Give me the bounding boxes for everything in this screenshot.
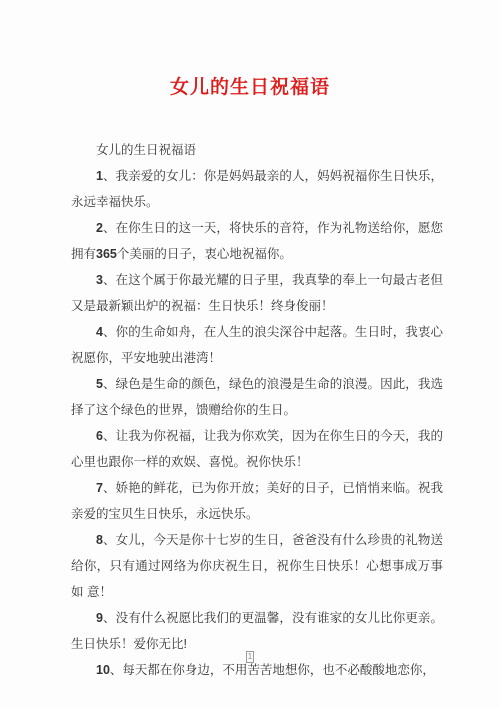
paragraph-number: 3 xyxy=(96,273,103,287)
paragraph-number: 8 xyxy=(96,533,103,547)
paragraph-number-separator: 、 xyxy=(103,611,116,625)
subtitle-text: 女儿的生日祝福语 xyxy=(96,143,196,157)
paragraph-number-separator: 、 xyxy=(103,533,116,547)
paragraph-number: 1 xyxy=(96,169,103,183)
paragraph-number: 2 xyxy=(96,221,103,235)
paragraph-text: 没有什么祝愿比我们的更温馨，没有谁家的女儿比你更亲。生日快乐！爱你无比! xyxy=(71,611,443,651)
document-subtitle: 女儿的生日祝福语 xyxy=(71,137,443,163)
paragraph-text: 我亲爱的女儿：你是妈妈最亲的人，妈妈祝福你生日快乐，永远幸福快乐。 xyxy=(71,169,443,209)
paragraph-number: 7 xyxy=(96,481,103,495)
paragraph-text: 让我为你祝福，让我为你欢笑，因为在你生日的今天，我的心里也跟你一样的欢娱、喜悦。… xyxy=(71,429,443,469)
page-title: 女儿的生日祝福语 xyxy=(0,0,500,99)
paragraph-text: 娇艳的鲜花，已为你开放；美好的日子，已悄悄来临。祝我亲爱的宝贝生日快乐，永远快乐… xyxy=(71,481,443,521)
paragraph-text: 绿色是生命的颜色，绿色的浪漫是生命的浪漫。因此，我选择了这个绿色的世界，馈赠给你… xyxy=(71,377,443,417)
paragraph-number: 4 xyxy=(96,325,103,339)
paragraph-number-separator: 、 xyxy=(103,429,116,443)
paragraph-number: 6 xyxy=(96,429,103,443)
paragraph-number-separator: 、 xyxy=(103,221,116,235)
paragraph: 4、你的生命如舟，在人生的浪尖深谷中起落。生日时，我衷心祝愿你，平安地驶出港湾！ xyxy=(71,319,443,371)
paragraph: 3、在这个属于你最光耀的日子里，我真挚的奉上一句最古老但又是最新颖出炉的祝福：生… xyxy=(71,267,443,319)
paragraph: 8、女儿，今天是你十七岁的生日，爸爸没有什么珍贵的礼物送给你，只有通过网络为你庆… xyxy=(71,527,443,605)
paragraph: 1、我亲爱的女儿：你是妈妈最亲的人，妈妈祝福你生日快乐，永远幸福快乐。 xyxy=(71,163,443,215)
paragraph-text: 你的生命如舟，在人生的浪尖深谷中起落。生日时，我衷心祝愿你，平安地驶出港湾！ xyxy=(71,325,443,365)
page-number-box: 1 xyxy=(246,651,254,663)
paragraph-text: 女儿，今天是你十七岁的生日，爸爸没有什么珍贵的礼物送给你，只有通过网络为你庆祝生… xyxy=(71,533,443,599)
paragraph: 5、绿色是生命的颜色，绿色的浪漫是生命的浪漫。因此，我选择了这个绿色的世界，馈赠… xyxy=(71,371,443,423)
paragraph-number: 9 xyxy=(96,611,103,625)
paragraph-number: 5 xyxy=(96,377,103,391)
page-indicator-row: 1 xyxy=(0,648,500,666)
paragraph-number-separator: 、 xyxy=(103,169,116,183)
paragraph-text: 个美丽的日子，衷心地祝福你。 xyxy=(117,247,292,261)
paragraph-text-bold: 365 xyxy=(96,247,117,261)
paragraph-number-separator: 、 xyxy=(103,377,116,391)
document-body: 女儿的生日祝福语 1、我亲爱的女儿：你是妈妈最亲的人，妈妈祝福你生日快乐，永远幸… xyxy=(0,137,500,683)
paragraph: 6、让我为你祝福，让我为你欢笑，因为在你生日的今天，我的心里也跟你一样的欢娱、喜… xyxy=(71,423,443,475)
paragraph-number-separator: 、 xyxy=(103,481,116,495)
paragraph: 7、娇艳的鲜花，已为你开放；美好的日子，已悄悄来临。祝我亲爱的宝贝生日快乐，永远… xyxy=(71,475,443,527)
paragraph-text: 在这个属于你最光耀的日子里，我真挚的奉上一句最古老但又是最新颖出炉的祝福：生日快… xyxy=(71,273,443,313)
paragraph: 2、在你生日的这一天，将快乐的音符，作为礼物送给你，愿您拥有365个美丽的日子，… xyxy=(71,215,443,267)
paragraph-number-separator: 、 xyxy=(103,325,116,339)
paragraph-number-separator: 、 xyxy=(103,273,116,287)
